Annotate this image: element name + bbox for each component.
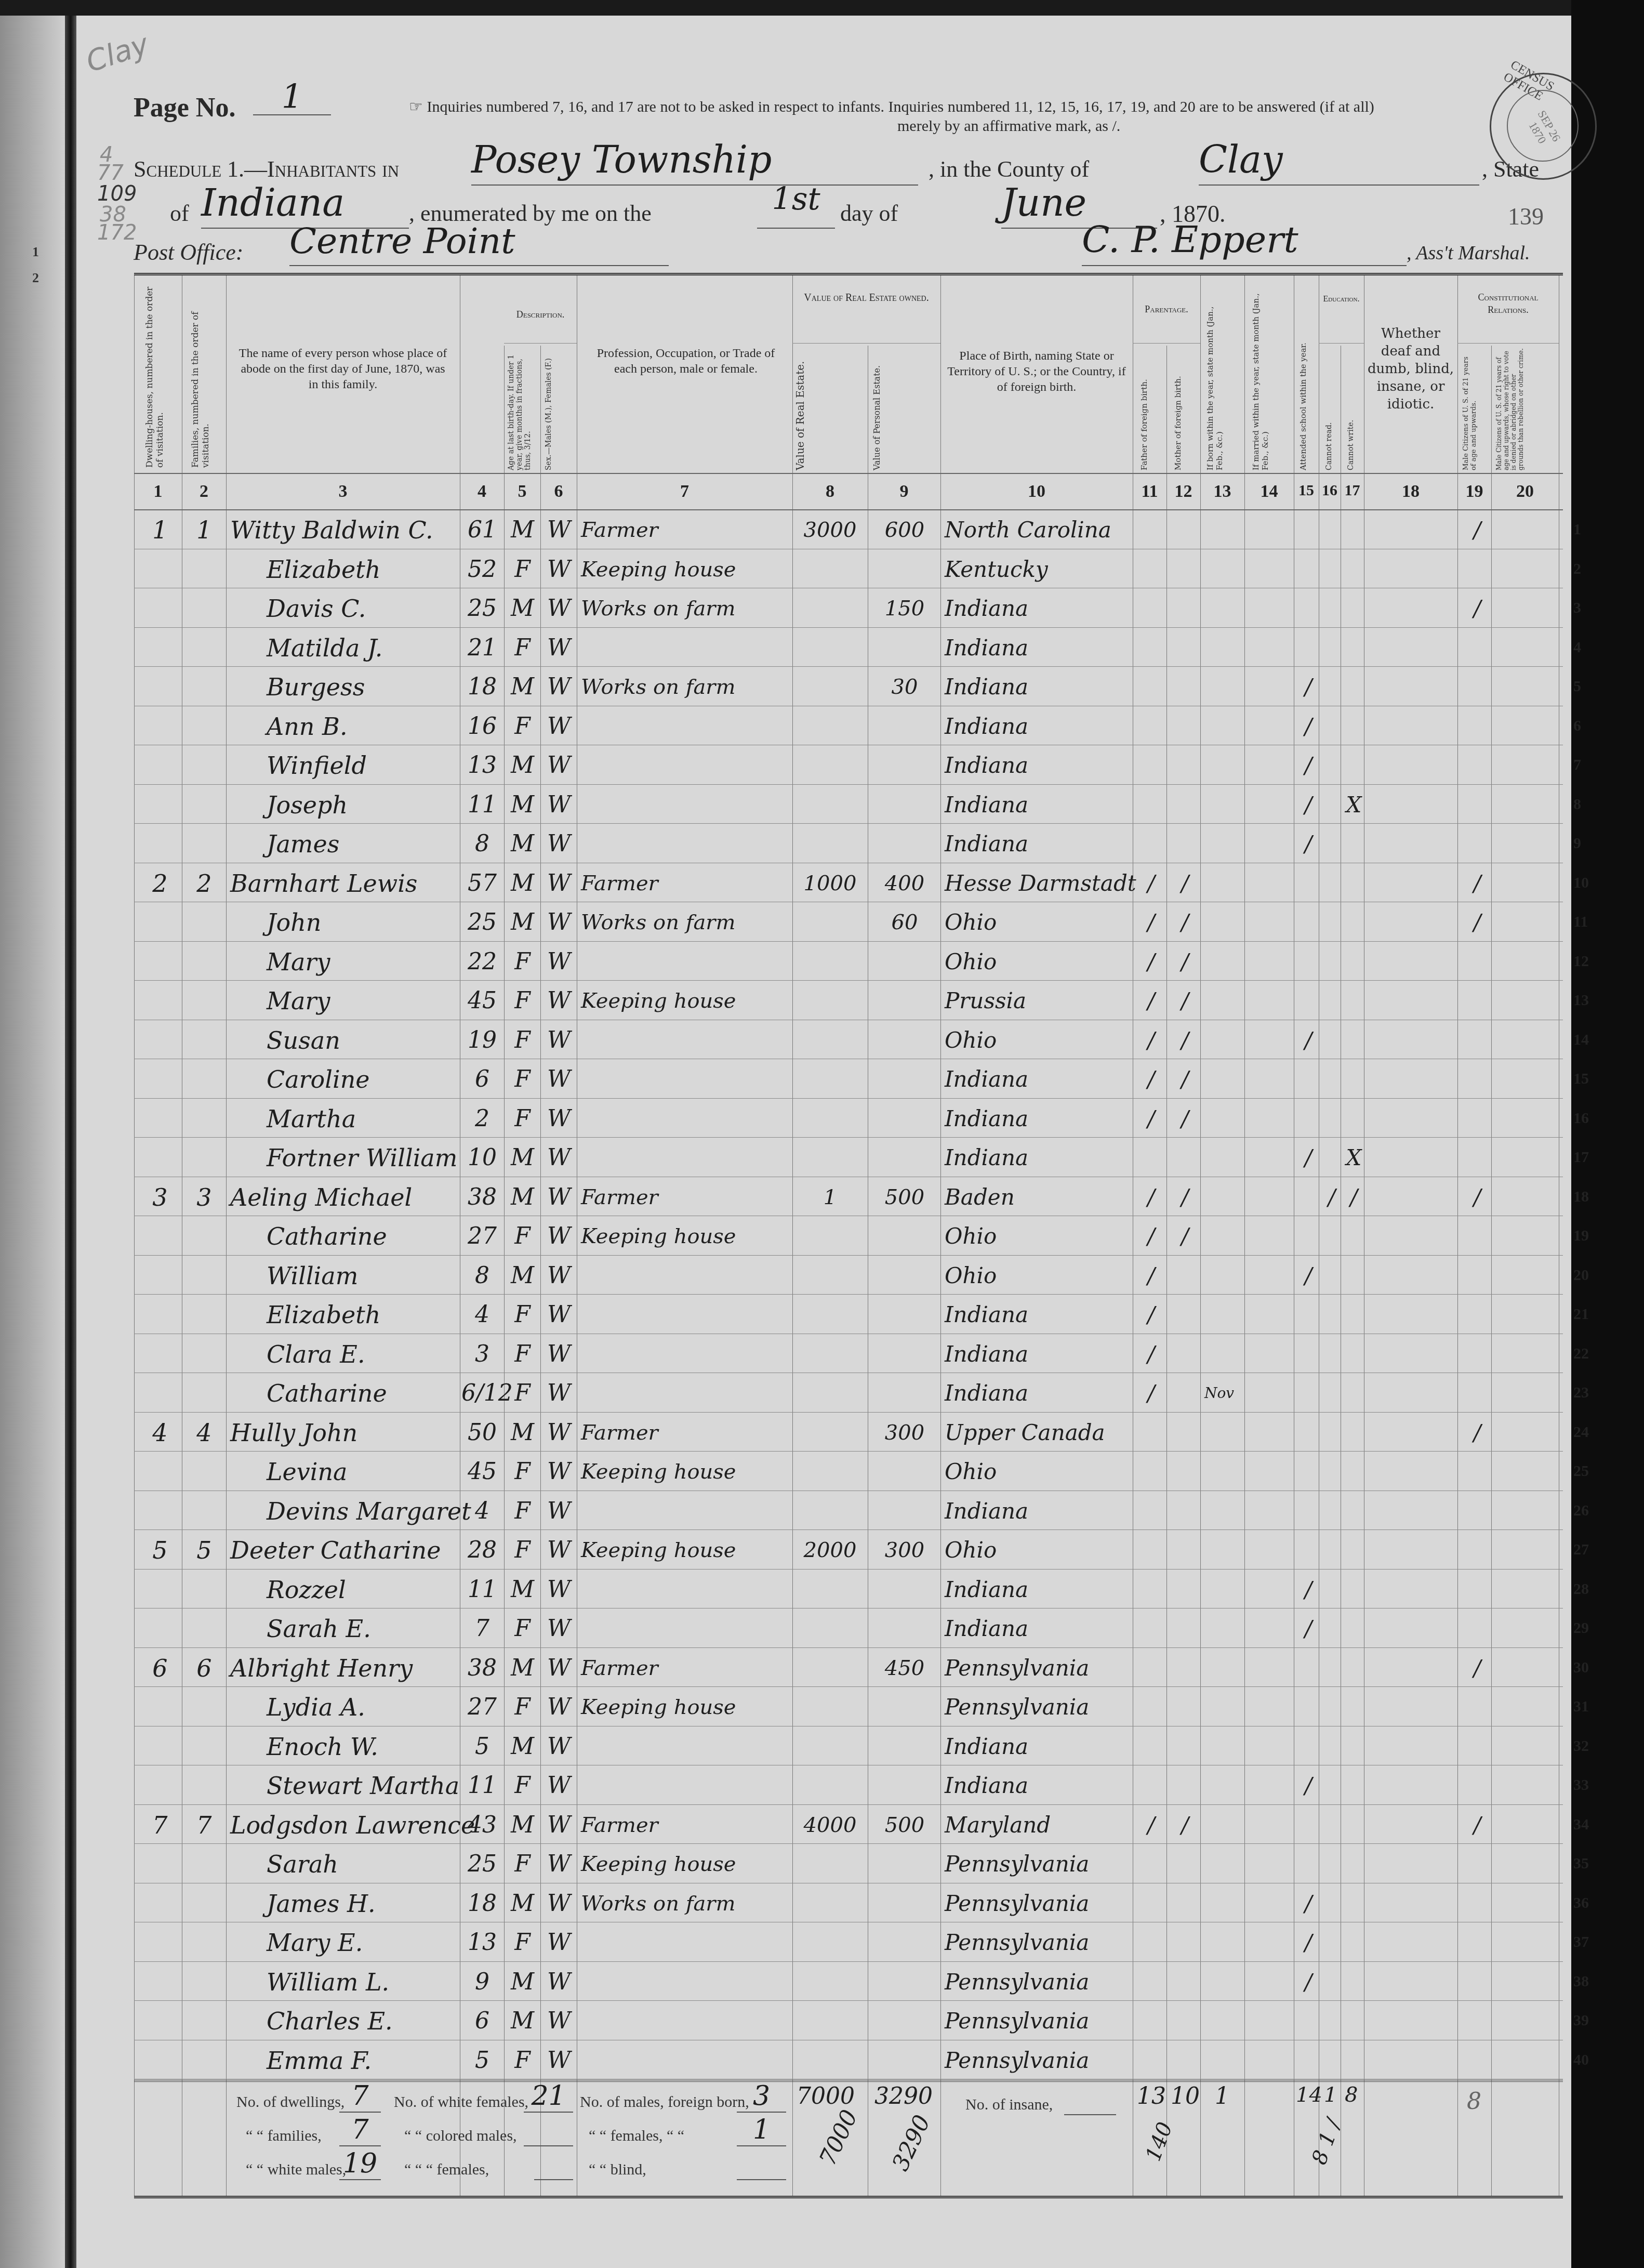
line-number: 8 — [1573, 796, 1581, 813]
cell-cannot-write — [1345, 827, 1363, 861]
cell-real — [795, 1926, 865, 1959]
cell-born-month — [1204, 1966, 1241, 1999]
cell-father-foreign: / — [1139, 1298, 1163, 1331]
cell-father-foreign: / — [1139, 1024, 1163, 1057]
cell-citizen — [1467, 670, 1488, 704]
cell-birthplace: Indiana — [945, 710, 1132, 743]
cell-mother-foreign — [1173, 1455, 1197, 1488]
cell-born-month — [1204, 670, 1241, 704]
column-number: 17 — [1341, 482, 1364, 499]
cell-sex: F — [506, 984, 539, 1018]
cell-dwelling — [139, 710, 181, 743]
cell-occupation — [581, 2044, 789, 2077]
cell-born-month — [1204, 1612, 1241, 1645]
cell-family — [186, 1220, 222, 1253]
adjacent-page-row-number: 2 — [32, 270, 39, 286]
females-foreign-label: “ “ females, “ “ — [589, 2127, 684, 2145]
cell-color: W — [542, 906, 576, 939]
line-number: 38 — [1573, 1973, 1589, 1990]
cell-sex: M — [506, 2005, 539, 2038]
cell-name: Sarah — [230, 1848, 495, 1881]
schedule-label: Schedule 1.—Inhabitants in — [134, 156, 399, 182]
cell-birthplace: Pennsylvania — [945, 1887, 1132, 1920]
cell-mother-foreign — [1173, 1887, 1197, 1920]
cell-mother-foreign: / — [1173, 945, 1197, 979]
cell-age: 6 — [461, 1063, 503, 1096]
citizens-total: 8 — [1467, 2088, 1481, 2115]
cell-birthplace: Indiana — [945, 1612, 1132, 1645]
cell-mother-foreign — [1173, 2005, 1197, 2038]
table-row: Stewart Martha11FWIndiana/33 — [134, 1766, 1563, 1805]
census-office-stamp: CENSUS OFFICE SEP 26 1870 — [1490, 73, 1597, 180]
cell-occupation: Farmer — [581, 1652, 789, 1685]
table-row: Joseph11MWIndiana/X8 — [134, 785, 1563, 825]
cell-school — [1298, 1102, 1319, 1136]
cell-color: W — [542, 1181, 576, 1214]
cell-father-foreign: / — [1139, 1338, 1163, 1371]
cell-dwelling — [139, 1141, 181, 1175]
cell-cannot-read — [1324, 749, 1340, 782]
cell-cannot-write — [1345, 553, 1363, 586]
cell-occupation — [581, 1259, 789, 1293]
cell-age: 52 — [461, 553, 503, 586]
cell-dwelling — [139, 1573, 181, 1606]
cell-color: W — [542, 513, 576, 547]
cell-father-foreign: / — [1139, 1102, 1163, 1136]
cell-dwelling — [139, 1769, 181, 1802]
line-number: 36 — [1573, 1894, 1589, 1912]
cell-cannot-write — [1345, 749, 1363, 782]
cell-age: 11 — [461, 788, 503, 822]
cell-mother-foreign — [1173, 1534, 1197, 1567]
cell-born-month — [1204, 984, 1241, 1018]
cell-cannot-write — [1345, 1573, 1363, 1606]
cell-school: / — [1298, 670, 1319, 704]
table-row: Catharine6/12FWIndiana/Nov23 — [134, 1374, 1563, 1413]
cell-real: 3000 — [795, 513, 865, 547]
education-check: 8 1 / — [1307, 2116, 1346, 2168]
cell-born-month — [1204, 631, 1241, 665]
cell-father-foreign — [1139, 1966, 1163, 1999]
cell-cannot-read — [1324, 2044, 1340, 2077]
cell-citizen — [1467, 827, 1488, 861]
cell-father-foreign — [1139, 1730, 1163, 1763]
cell-family: 3 — [186, 1181, 222, 1214]
cell-citizen — [1467, 1534, 1488, 1567]
cell-age: 6 — [461, 2005, 503, 2038]
cell-personal — [871, 1338, 938, 1371]
group-header-education: Education. — [1319, 294, 1364, 305]
cell-cannot-read — [1324, 788, 1340, 822]
cell-birthplace: Pennsylvania — [945, 1926, 1132, 1959]
line-number: 22 — [1573, 1345, 1589, 1363]
cell-personal — [871, 1730, 938, 1763]
cell-mother-foreign — [1173, 1769, 1197, 1802]
cell-name: Levina — [230, 1455, 495, 1488]
cell-occupation: Keeping house — [581, 984, 789, 1018]
cell-name: Enoch W. — [230, 1730, 495, 1763]
cell-born-month — [1204, 906, 1241, 939]
cell-cannot-write — [1345, 670, 1363, 704]
cell-cannot-read — [1324, 2005, 1340, 2038]
line-number: 11 — [1573, 913, 1588, 931]
real-estate-total: 7000 — [797, 2083, 855, 2109]
cell-personal — [871, 710, 938, 743]
cell-family — [186, 631, 222, 665]
cell-birthplace: Indiana — [945, 1338, 1132, 1371]
cell-father-foreign — [1139, 1573, 1163, 1606]
cell-color: W — [542, 1809, 576, 1842]
cell-school: / — [1298, 1966, 1319, 1999]
cell-family — [186, 1730, 222, 1763]
cell-occupation — [581, 2005, 789, 2038]
cell-personal — [871, 1141, 938, 1175]
cell-mother-foreign — [1173, 1259, 1197, 1293]
cell-birthplace: Indiana — [945, 1377, 1132, 1410]
census-table: Description. Value of Real Estate owned.… — [134, 273, 1563, 2198]
cell-age: 50 — [461, 1416, 503, 1449]
blind-count — [737, 2148, 786, 2180]
cell-name: Winfield — [230, 749, 495, 782]
cell-mother-foreign — [1173, 710, 1197, 743]
cell-cannot-read — [1324, 906, 1340, 939]
cell-birthplace: Maryland — [945, 1809, 1132, 1842]
line-number: 6 — [1573, 717, 1581, 735]
cell-name: Albright Henry — [230, 1652, 459, 1685]
cell-birthplace: Indiana — [945, 788, 1132, 822]
cell-occupation — [581, 1573, 789, 1606]
cell-age: 11 — [461, 1769, 503, 1802]
cell-age: 13 — [461, 749, 503, 782]
cell-name: John — [230, 906, 495, 939]
cell-occupation: Keeping house — [581, 1534, 789, 1567]
cell-cannot-write — [1345, 1769, 1363, 1802]
cell-father-foreign — [1139, 827, 1163, 861]
cell-family — [186, 1966, 222, 1999]
post-office-field: Centre Point — [289, 221, 669, 266]
col-header-male-citizens: Male Citizens of U. S. of 21 years of ag… — [1462, 348, 1489, 470]
cell-family: 1 — [186, 513, 222, 547]
males-foreign-label: No. of males, foreign born, — [580, 2093, 749, 2111]
cell-occupation: Keeping house — [581, 1455, 789, 1488]
cell-personal — [871, 1769, 938, 1802]
cell-name: William — [230, 1259, 495, 1293]
cell-cannot-write — [1345, 1848, 1363, 1881]
personal-estate-check: 3290 — [887, 2111, 936, 2175]
cell-cannot-write — [1345, 1102, 1363, 1136]
cell-family — [186, 2005, 222, 2038]
cell-color: W — [542, 1298, 576, 1331]
cell-birthplace: Ohio — [945, 906, 1132, 939]
cell-dwelling: 7 — [139, 1809, 181, 1842]
table-row: James8MWIndiana/9 — [134, 824, 1563, 864]
col-header-name: The name of every person whose place of … — [236, 346, 449, 392]
cell-family — [186, 749, 222, 782]
column-number: 3 — [226, 482, 460, 502]
cell-personal — [871, 1259, 938, 1293]
post-office-label: Post Office: — [134, 239, 243, 266]
cell-citizen: / — [1467, 513, 1488, 547]
cell-name: Joseph — [230, 788, 495, 822]
adjacent-page-row-number: 1 — [32, 244, 39, 260]
cell-color: W — [542, 1691, 576, 1724]
cell-mother-foreign — [1173, 1416, 1197, 1449]
cell-mother-foreign — [1173, 1848, 1197, 1881]
cell-cannot-write — [1345, 1063, 1363, 1096]
cell-sex: F — [506, 945, 539, 979]
cell-real: 1 — [795, 1181, 865, 1214]
school-total: 14 — [1296, 2083, 1322, 2107]
cell-name: Susan — [230, 1024, 495, 1057]
cell-birthplace: Indiana — [945, 1495, 1132, 1528]
cell-cannot-write — [1345, 867, 1363, 900]
line-number: 17 — [1573, 1149, 1589, 1166]
line-number: 26 — [1573, 1502, 1589, 1520]
cell-real — [795, 710, 865, 743]
cell-age: 10 — [461, 1141, 503, 1175]
insane-count — [1064, 2088, 1116, 2115]
cell-personal: 150 — [871, 592, 938, 625]
cell-citizen — [1467, 1495, 1488, 1528]
cell-personal — [871, 1926, 938, 1959]
cell-father-foreign — [1139, 1455, 1163, 1488]
cell-mother-foreign: / — [1173, 1181, 1197, 1214]
table-row: Elizabeth4FWIndiana/21 — [134, 1295, 1563, 1335]
cell-personal — [871, 1455, 938, 1488]
line-number: 27 — [1573, 1541, 1589, 1559]
cell-name: Deeter Catharine — [230, 1534, 459, 1567]
cell-mother-foreign — [1173, 553, 1197, 586]
col-header-vote-denied: Male Citizens of U. S. of 21 years of ag… — [1495, 348, 1555, 470]
table-row: Rozzel11MWIndiana/28 — [134, 1570, 1563, 1610]
cell-age: 16 — [461, 710, 503, 743]
cell-citizen: / — [1467, 592, 1488, 625]
cell-cannot-read — [1324, 1848, 1340, 1881]
cell-age: 45 — [461, 1455, 503, 1488]
cell-father-foreign: / — [1139, 1181, 1163, 1214]
line-number: 30 — [1573, 1659, 1589, 1677]
table-row: Davis C.25MWWorks on farm150Indiana/3 — [134, 589, 1563, 628]
cell-citizen — [1467, 749, 1488, 782]
cell-father-foreign — [1139, 1141, 1163, 1175]
cell-citizen — [1467, 1612, 1488, 1645]
cell-age: 2 — [461, 1102, 503, 1136]
col-header-born-month: If born within the year, state month (Ja… — [1205, 286, 1239, 470]
cell-sex: F — [506, 2044, 539, 2077]
cell-occupation — [581, 1377, 789, 1410]
cell-color: W — [542, 2044, 576, 2077]
line-number: 20 — [1573, 1267, 1589, 1284]
cell-dwelling: 1 — [139, 513, 181, 547]
cell-cannot-read — [1324, 1259, 1340, 1293]
cell-dwelling — [139, 1848, 181, 1881]
cell-color: W — [542, 788, 576, 822]
cell-color: W — [542, 1377, 576, 1410]
day-of-label: day of — [840, 200, 898, 227]
cell-occupation — [581, 1769, 789, 1802]
cell-citizen — [1467, 1926, 1488, 1959]
cell-birthplace: Hesse Darmstadt — [945, 867, 1132, 900]
cell-mother-foreign — [1173, 1573, 1197, 1606]
cell-school — [1298, 2044, 1319, 2077]
cell-born-month — [1204, 592, 1241, 625]
cell-sex: M — [506, 1416, 539, 1449]
marshal-label: , Ass't Marshal. — [1407, 242, 1530, 265]
cell-color: W — [542, 1612, 576, 1645]
cell-name: Witty Baldwin C. — [230, 513, 459, 547]
line-number: 15 — [1573, 1070, 1589, 1088]
table-row: Emma F.5FWPennsylvania40 — [134, 2041, 1563, 2080]
cell-school: / — [1298, 1141, 1319, 1175]
cell-mother-foreign — [1173, 670, 1197, 704]
cell-sex: M — [506, 670, 539, 704]
group-header-constitutional: Constitutional Relations. — [1457, 291, 1559, 316]
cell-school — [1298, 2005, 1319, 2038]
cell-dwelling — [139, 1926, 181, 1959]
cell-cannot-write — [1345, 984, 1363, 1018]
cell-dwelling — [139, 1966, 181, 1999]
cell-age: 25 — [461, 592, 503, 625]
cell-cannot-write — [1345, 1298, 1363, 1331]
cell-color: W — [542, 984, 576, 1018]
cell-father-foreign — [1139, 1926, 1163, 1959]
cell-mother-foreign: / — [1173, 867, 1197, 900]
cell-cannot-read — [1324, 553, 1340, 586]
cell-age: 28 — [461, 1534, 503, 1567]
cell-mother-foreign — [1173, 1691, 1197, 1724]
column-number: 8 — [792, 482, 868, 502]
mother-foreign-total: 10 — [1171, 2083, 1200, 2109]
cell-school — [1298, 1063, 1319, 1096]
cell-birthplace: Indiana — [945, 1102, 1132, 1136]
cell-sex: M — [506, 1730, 539, 1763]
line-number: 34 — [1573, 1816, 1589, 1834]
cell-cannot-read — [1324, 867, 1340, 900]
cell-sex: F — [506, 1063, 539, 1096]
cell-cannot-read — [1324, 827, 1340, 861]
cell-real — [795, 1455, 865, 1488]
cell-father-foreign — [1139, 2005, 1163, 2038]
cell-occupation — [581, 749, 789, 782]
cell-school — [1298, 1691, 1319, 1724]
cell-personal — [871, 1102, 938, 1136]
cell-personal — [871, 1298, 938, 1331]
cell-dwelling — [139, 749, 181, 782]
cell-birthplace: Ohio — [945, 1534, 1132, 1567]
cell-cannot-read — [1324, 592, 1340, 625]
cell-color: W — [542, 1024, 576, 1057]
pointing-hand-icon: ☞ — [409, 98, 427, 115]
cell-school: / — [1298, 788, 1319, 822]
cell-family — [186, 2044, 222, 2077]
line-number: 12 — [1573, 953, 1589, 970]
cell-father-foreign — [1139, 788, 1163, 822]
cell-cannot-read — [1324, 1966, 1340, 1999]
cell-birthplace: Prussia — [945, 984, 1132, 1018]
table-row: Catharine27FWKeeping houseOhio//19 — [134, 1217, 1563, 1256]
cell-age: 5 — [461, 2044, 503, 2077]
cell-sex: F — [506, 1102, 539, 1136]
cell-color: W — [542, 631, 576, 665]
cell-name: Barnhart Lewis — [230, 867, 459, 900]
cell-color: W — [542, 1534, 576, 1567]
cell-mother-foreign: / — [1173, 1102, 1197, 1136]
cell-name: Sarah E. — [230, 1612, 495, 1645]
cell-sex: F — [506, 631, 539, 665]
line-number: 3 — [1573, 599, 1581, 617]
cell-age: 38 — [461, 1181, 503, 1214]
line-number: 32 — [1573, 1737, 1589, 1755]
cell-birthplace: Pennsylvania — [945, 1848, 1132, 1881]
table-row: Elizabeth52FWKeeping houseKentucky2 — [134, 550, 1563, 589]
cell-sex: F — [506, 553, 539, 586]
line-number: 33 — [1573, 1776, 1589, 1794]
cell-birthplace: Indiana — [945, 670, 1132, 704]
line-number: 24 — [1573, 1423, 1589, 1441]
cell-name: Stewart Martha — [230, 1769, 495, 1802]
column-number: 1 — [134, 482, 182, 502]
cell-sex: M — [506, 1181, 539, 1214]
cell-born-month — [1204, 1102, 1241, 1136]
cell-cannot-write: X — [1345, 1141, 1363, 1175]
cell-real — [795, 1377, 865, 1410]
cell-name: Martha — [230, 1102, 495, 1136]
cell-dwelling — [139, 670, 181, 704]
column-number: 5 — [504, 482, 540, 502]
cell-sex: F — [506, 1926, 539, 1959]
cell-father-foreign — [1139, 710, 1163, 743]
cell-sex: F — [506, 1848, 539, 1881]
cell-dwelling — [139, 553, 181, 586]
line-number: 31 — [1573, 1698, 1589, 1716]
cell-birthplace: Ohio — [945, 945, 1132, 979]
day-field: 1st — [757, 181, 835, 229]
cell-citizen — [1467, 631, 1488, 665]
cell-occupation: Farmer — [581, 513, 789, 547]
cell-real — [795, 1887, 865, 1920]
line-number: 23 — [1573, 1384, 1589, 1402]
cell-cannot-read — [1324, 1338, 1340, 1371]
cell-family — [186, 1455, 222, 1488]
cell-real — [795, 1024, 865, 1057]
cell-personal: 300 — [871, 1534, 938, 1567]
cell-family — [186, 710, 222, 743]
cell-real — [795, 984, 865, 1018]
cell-occupation — [581, 1063, 789, 1096]
cell-mother-foreign — [1173, 631, 1197, 665]
line-number: 9 — [1573, 835, 1581, 852]
cell-age: 57 — [461, 867, 503, 900]
line-number: 5 — [1573, 678, 1581, 695]
cell-mother-foreign: / — [1173, 906, 1197, 939]
instructions-line-1: ☞ Inquiries numbered 7, 16, and 17 are n… — [409, 98, 1374, 116]
cell-school — [1298, 1534, 1319, 1567]
group-header-parentage: Parentage. — [1133, 301, 1200, 317]
col-header-birthplace: Place of Birth, naming State or Territor… — [946, 348, 1128, 395]
cell-occupation — [581, 1926, 789, 1959]
cell-father-foreign — [1139, 670, 1163, 704]
cell-sex: F — [506, 710, 539, 743]
cell-personal: 400 — [871, 867, 938, 900]
cell-cannot-write: X — [1345, 788, 1363, 822]
parentage-check: 140 — [1142, 2119, 1177, 2164]
cell-cannot-write — [1345, 1455, 1363, 1488]
cell-born-month — [1204, 827, 1241, 861]
cell-birthplace: Pennsylvania — [945, 1691, 1132, 1724]
cell-born-month — [1204, 513, 1241, 547]
cell-cannot-write — [1345, 1966, 1363, 1999]
cell-mother-foreign — [1173, 1338, 1197, 1371]
